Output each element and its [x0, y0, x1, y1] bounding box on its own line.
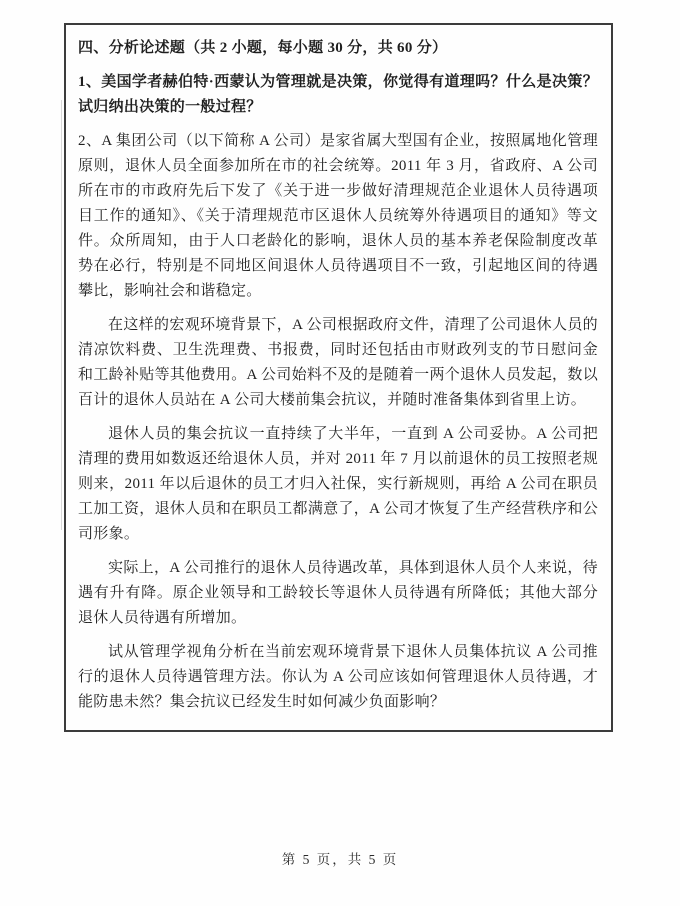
question-2-paragraph-3: 退休人员的集会抗议一直持续了大半年，一直到 A 公司妥协。A 公司把清理的费用如…	[78, 422, 598, 547]
question-frame: 四、分析论述题（共 2 小题，每小题 30 分，共 60 分） 1、美国学者赫伯…	[64, 23, 613, 732]
question-2-paragraph-2: 在这样的宏观环境背景下，A 公司根据政府文件，清理了公司退休人员的清凉饮料费、卫…	[78, 313, 598, 413]
page-number-footer: 第 5 页，共 5 页	[0, 848, 680, 868]
question-1-text: 1、美国学者赫伯特·西蒙认为管理就是决策，你觉得有道理吗？什么是决策？试归纳出决…	[78, 70, 598, 120]
question-2-paragraph-1: 2、A 集团公司（以下简称 A 公司）是家省属大型国有企业，按照属地化管理原则，…	[78, 129, 598, 304]
question-2-paragraph-4: 实际上，A 公司推行的退休人员待遇改革，具体到退休人员个人来说，待遇有升有降。原…	[78, 556, 598, 631]
scan-artifact-line	[61, 100, 62, 530]
question-2-paragraph-5: 试从管理学视角分析在当前宏观环境背景下退休人员集体抗议 A 公司推行的退休人员待…	[78, 640, 598, 715]
section-heading: 四、分析论述题（共 2 小题，每小题 30 分，共 60 分）	[78, 36, 598, 61]
scanned-exam-page: 四、分析论述题（共 2 小题，每小题 30 分，共 60 分） 1、美国学者赫伯…	[0, 0, 680, 906]
